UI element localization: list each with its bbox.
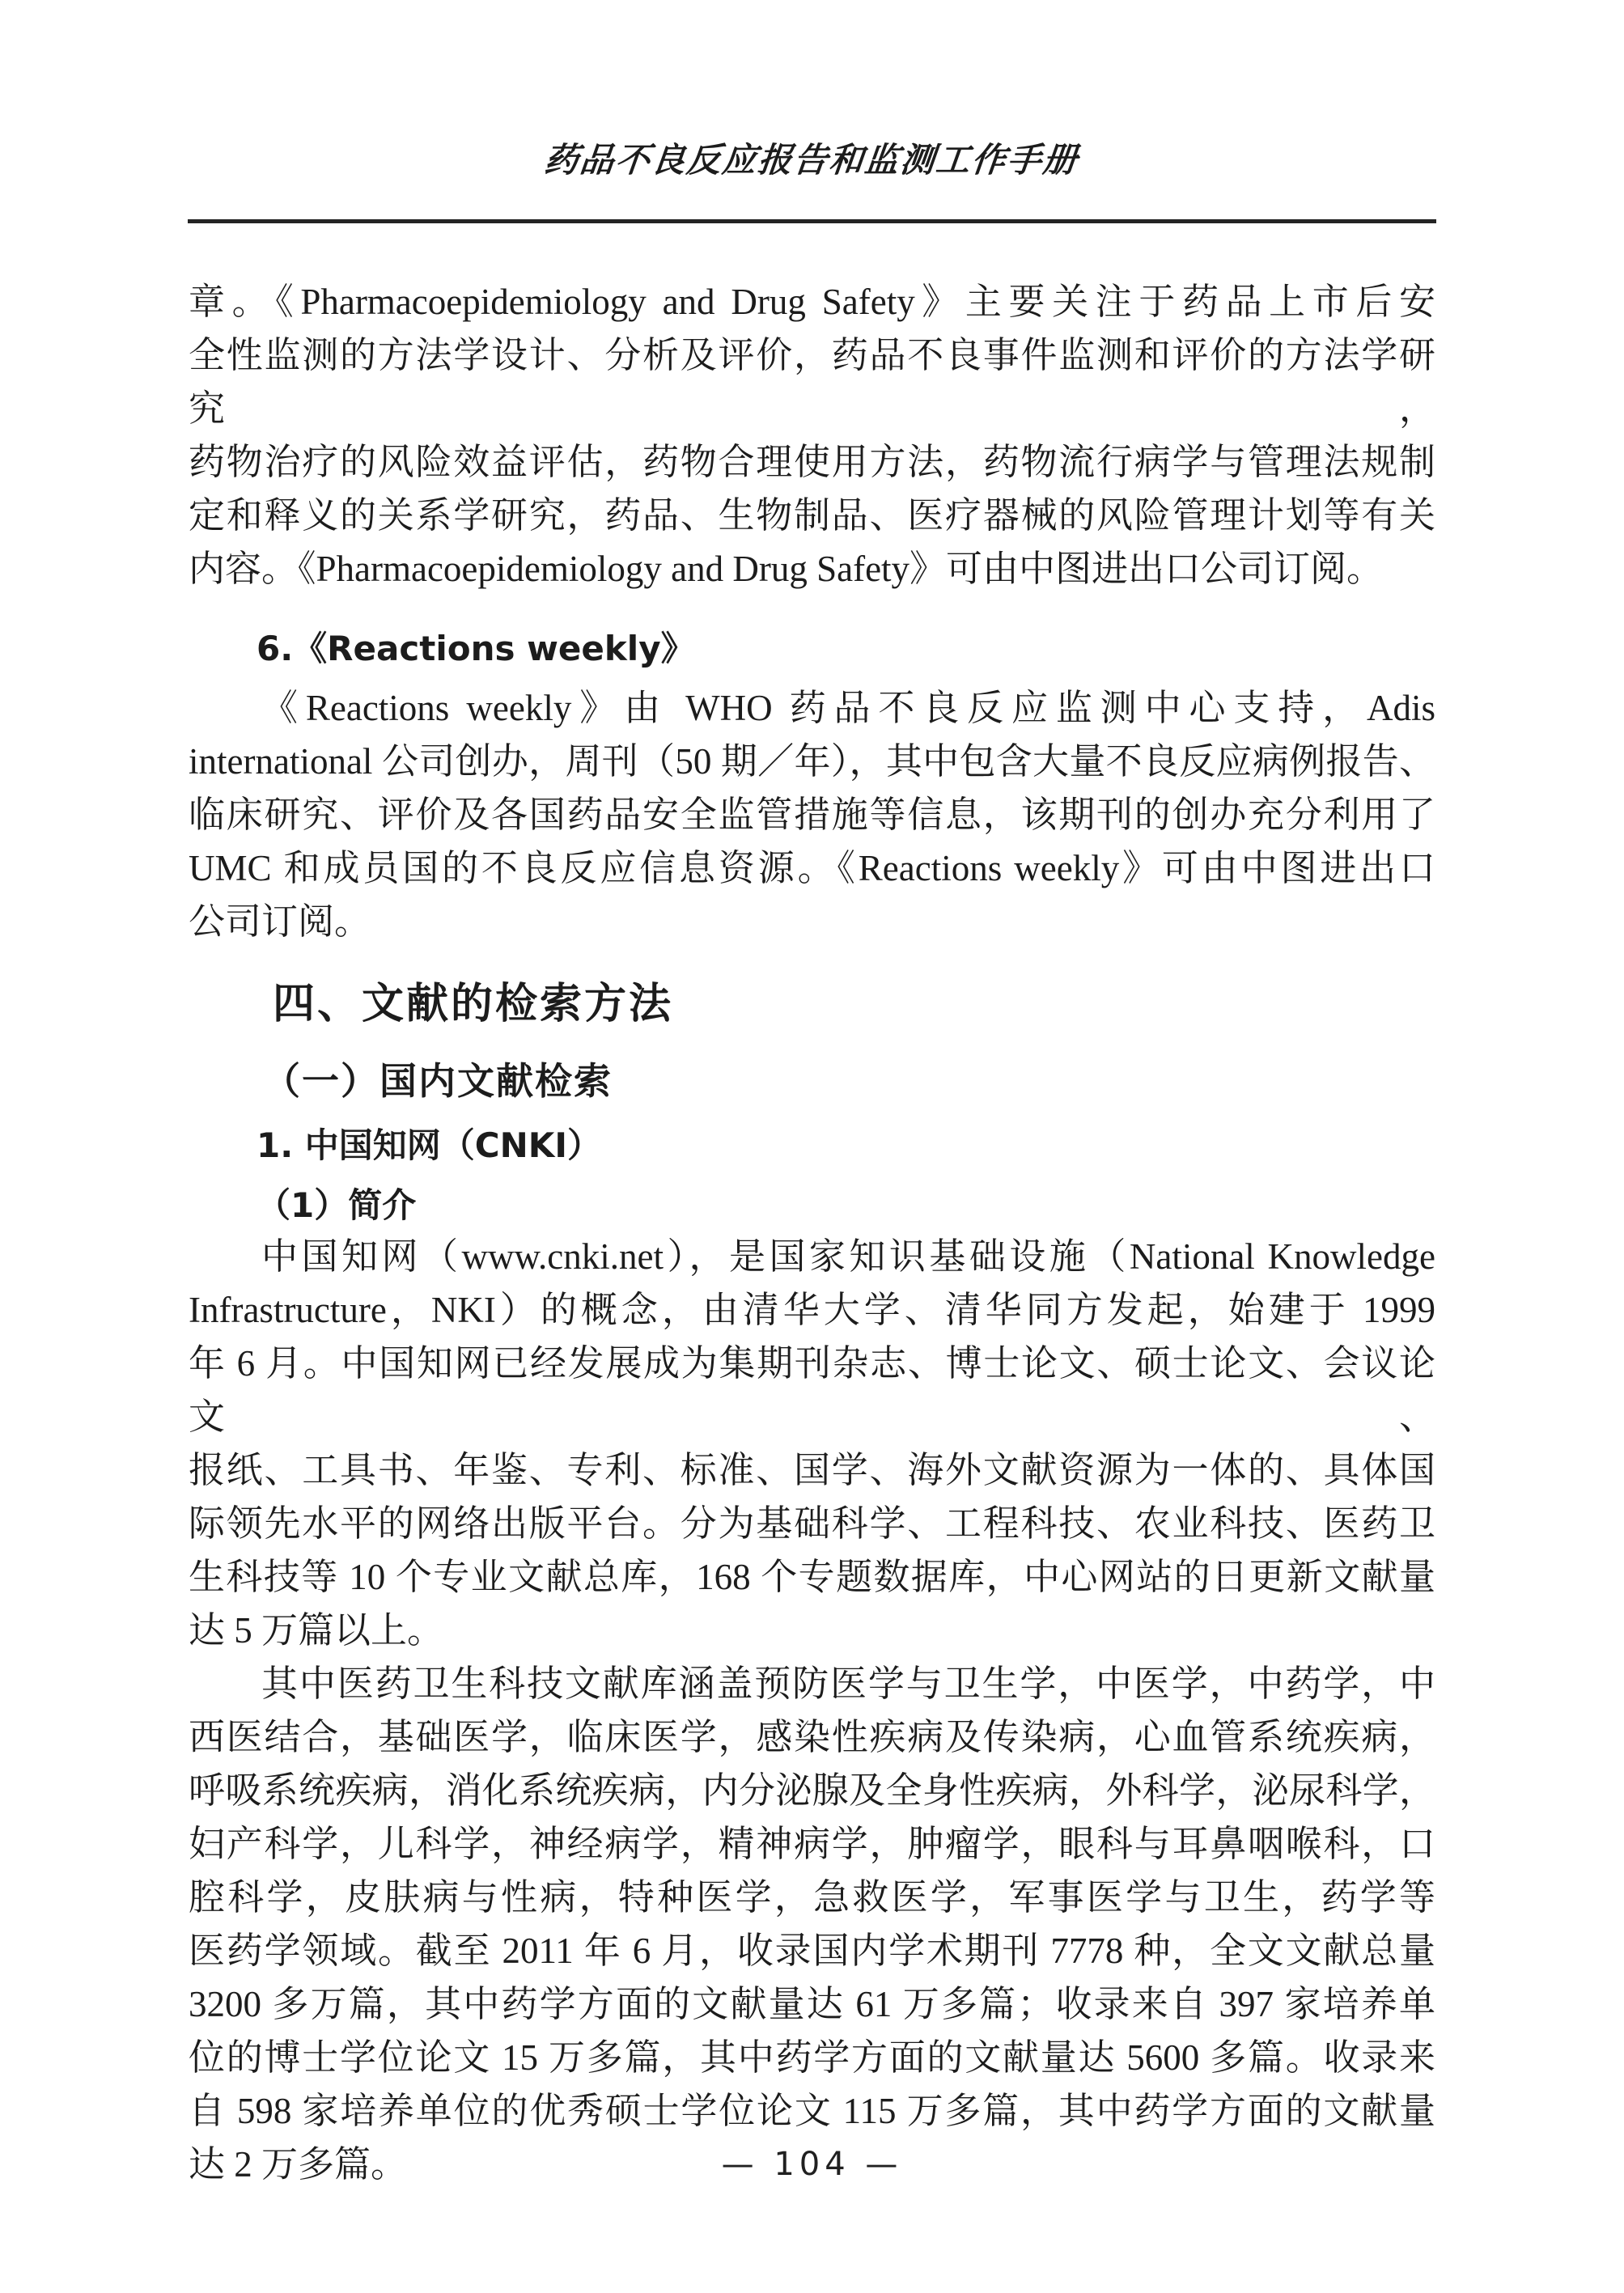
text-line: 生科技等 10 个专业文献总库，168 个专题数据库，中心网站的日更新文献量 (189, 1550, 1435, 1604)
header-rule (188, 219, 1436, 223)
text-line: 公司订阅。 (189, 895, 1435, 948)
text-line: 达 5 万篇以上。 (189, 1604, 1435, 1657)
heading-intro: （1）简介 (189, 1181, 1435, 1230)
text-line: 定和释义的关系学研究，药品、生物制品、医疗器械的风险管理计划等有关 (189, 489, 1435, 542)
heading-part-4-retrieval-methods: 四、文献的检索方法 (189, 976, 1435, 1032)
heading-cnki: 1. 中国知网（CNKI） (189, 1121, 1435, 1170)
text-line: 临床研究、评价及各国药品安全监管措施等信息，该期刊的创办充分利用了 (189, 788, 1435, 841)
text-line: 自 598 家培养单位的优秀硕士学位论文 115 万多篇，其中药学方面的文献量 (189, 2084, 1435, 2138)
text-line: 呼吸系统疾病，消化系统疾病，内分泌腺及全身性疾病，外科学，泌尿科学， (189, 1764, 1435, 1817)
text-line: 报纸、工具书、年鉴、专利、标准、国学、海外文献资源为一体的、具体国 (189, 1443, 1435, 1497)
text-line: 中国知网（www.cnki.net），是国家知识基础设施（National Kn… (189, 1230, 1435, 1283)
heading-domestic-literature-search: （一）国内文献检索 (189, 1055, 1435, 1107)
heading-reactions-weekly: 6.《Reactions weekly》 (189, 625, 1435, 673)
text-line: 年 6 月。中国知网已经发展成为集期刊杂志、博士论文、硕士论文、会议论文、 (189, 1337, 1435, 1443)
paragraph-medical-library-coverage: 其中医药卫生科技文献库涵盖预防医学与卫生学，中医学，中药学，中 西医结合，基础医… (189, 1657, 1435, 2191)
text-line: 章。《Pharmacoepidemiology and Drug Safety》… (189, 275, 1435, 328)
text-line: UMC 和成员国的不良反应信息资源。《Reactions weekly》可由中图… (189, 841, 1435, 895)
text-line: 妇产科学，儿科学，神经病学，精神病学，肿瘤学，眼科与耳鼻咽喉科，口 (189, 1817, 1435, 1871)
text-line: 3200 多万篇，其中药学方面的文献量达 61 万多篇；收录来自 397 家培养… (189, 1977, 1435, 2031)
text-line: 药物治疗的风险效益评估，药物合理使用方法，药物流行病学与管理法规制 (189, 435, 1435, 489)
text-line: 医药学领域。截至 2011 年 6 月，收录国内学术期刊 7778 种，全文文献… (189, 1924, 1435, 1977)
text-line: 腔科学，皮肤病与性病，特种医学，急救医学，军事医学与卫生，药学等 (189, 1871, 1435, 1924)
paragraph-pharmacoepidemiology: 章。《Pharmacoepidemiology and Drug Safety》… (189, 275, 1435, 596)
running-header-title: 药品不良反应报告和监测工作手册 (542, 134, 1081, 182)
text-line: 内容。《Pharmacoepidemiology and Drug Safety… (189, 542, 1435, 596)
text-line: Infrastructure，NKI）的概念，由清华大学、清华同方发起，始建于 … (189, 1283, 1435, 1337)
page-number: — 104 — (0, 2146, 1624, 2183)
text-line: 全性监测的方法学设计、分析及评价，药品不良事件监测和评价的方法学研究， (189, 328, 1435, 435)
text-line: 其中医药卫生科技文献库涵盖预防医学与卫生学，中医学，中药学，中 (189, 1657, 1435, 1710)
spacer (189, 673, 1435, 681)
text-line: 际领先水平的网络出版平台。分为基础科学、工程科技、农业科技、医药卫 (189, 1497, 1435, 1550)
text-line: 西医结合，基础医学，临床医学，感染性疾病及传染病，心血管系统疾病， (189, 1710, 1435, 1764)
paragraph-cnki-overview: 中国知网（www.cnki.net），是国家知识基础设施（National Kn… (189, 1230, 1435, 1657)
text-line: 位的博士学位论文 15 万多篇，其中药学方面的文献量达 5600 多篇。收录来 (189, 2031, 1435, 2084)
paragraph-reactions-weekly: 《Reactions weekly》由 WHO 药品不良反应监测中心支持，Adi… (189, 681, 1435, 948)
text-line: international 公司创办，周刊（50 期／年），其中包含大量不良反应… (189, 735, 1435, 788)
running-header: 药品不良反应报告和监测工作手册 (0, 0, 1624, 182)
book-page: 药品不良反应报告和监测工作手册 章。《Pharmacoepidemiology … (0, 0, 1624, 2293)
page-body: 章。《Pharmacoepidemiology and Drug Safety》… (189, 275, 1435, 2191)
text-line: 《Reactions weekly》由 WHO 药品不良反应监测中心支持，Adi… (189, 681, 1435, 735)
